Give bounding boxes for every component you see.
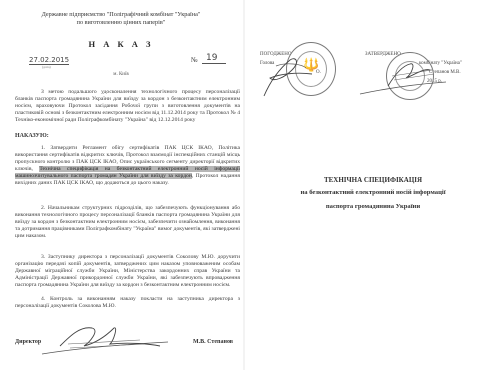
specification-subtitle-1: на безконтактний електронний носій інфор… — [246, 189, 500, 196]
item3-text: 3. Заступнику директора з персоналізації… — [15, 254, 240, 288]
organization-subtitle: по виготовленню цінних паперів" — [0, 19, 242, 27]
order-item-2: 2. Начальникам структурних підрозділів, … — [15, 205, 240, 240]
specification-cover-page: ПОГОДЖЕНО Голова О. 🔱 ЗАТВЕРДЖЕНО комбін… — [246, 0, 500, 370]
intro-text: З метою подальшого удосконалення техноло… — [15, 89, 240, 123]
item4-text: 4. Контроль за виконанням наказу покласт… — [15, 296, 240, 309]
director-signature — [40, 322, 170, 356]
intro-paragraph: З метою подальшого удосконалення техноло… — [15, 89, 240, 124]
document-title: Н А К А З — [0, 39, 242, 49]
order-item-4: 4. Контроль за виконанням наказу покласт… — [15, 296, 240, 310]
order-page: Державне підприємство "Поліграфічний ком… — [0, 0, 242, 370]
number-label: № — [191, 56, 198, 64]
specification-subtitle-2: паспорта громадянина України — [246, 203, 500, 210]
order-number: 19 — [202, 53, 226, 64]
item2-text: 2. Начальникам структурних підрозділів, … — [15, 205, 240, 239]
date-caption: (дата) — [42, 65, 51, 69]
order-heading: НАКАЗУЮ: — [15, 133, 49, 139]
specification-title: ТЕХНІЧНА СПЕЦИФІКАЦІЯ — [246, 176, 500, 184]
approved-signature — [358, 56, 448, 96]
organization-name: Державне підприємство "Поліграфічний ком… — [0, 11, 242, 19]
director-label: Директор — [15, 339, 41, 345]
order-item-3: 3. Заступнику директора з персоналізації… — [15, 254, 240, 289]
order-date: 27.02.2015 — [29, 56, 69, 65]
order-item-1: 1. Затвердити Регламент обігу сертифікат… — [15, 145, 240, 188]
director-name: М.В. Степанов — [193, 339, 233, 345]
page-divider — [243, 0, 245, 370]
city: м. Київ — [0, 72, 242, 77]
agreed-signature — [256, 52, 326, 98]
